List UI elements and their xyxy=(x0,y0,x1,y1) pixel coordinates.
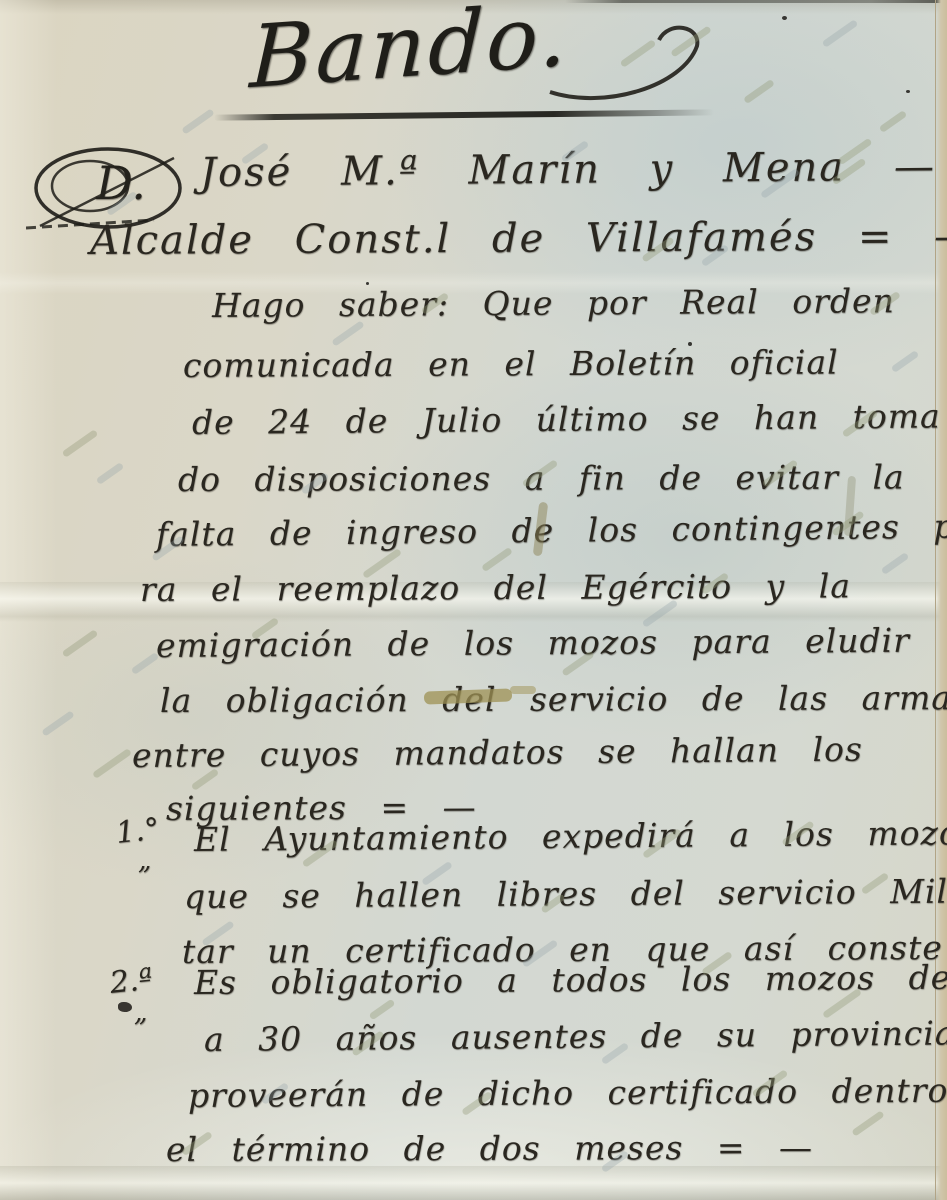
manuscript-line: falta de ingreso de los contingentes pa xyxy=(156,506,947,554)
manuscript-line: que se hallen libres del servicio Mili xyxy=(184,872,947,916)
manuscript-line: el término de dos meses = — xyxy=(166,1128,813,1169)
article-number: 1.° xyxy=(114,812,161,851)
manuscript-heading-line: Alcalde Const.l de Villafamés = — xyxy=(90,213,947,264)
manuscript-heading-line: José M.ª Marín y Mena — xyxy=(200,144,936,196)
manuscript-line: comunicada en el Boletín oficial xyxy=(183,343,839,385)
manuscript-line: El Ayuntamiento expedirá a los mozos xyxy=(194,813,947,859)
manuscript-line: do disposiciones a fin de evitar la xyxy=(178,457,905,499)
scan-edge-shadow xyxy=(565,0,947,3)
manuscript-line: a 30 años ausentes de su provincia, xyxy=(204,1013,947,1059)
manuscript-line: proveerán de dicho certificado dentro xyxy=(188,1071,947,1115)
manuscript-line: Hago saber: Que por Real orden xyxy=(212,281,895,325)
manuscript-line: de 24 de Julio último se han toma xyxy=(192,396,941,442)
ditto-mark: „ xyxy=(134,998,147,1028)
initial-letter: D. xyxy=(96,156,146,210)
manuscript-line: la obligación del servicio de las armas, xyxy=(160,678,947,720)
ditto-mark: „ xyxy=(138,846,151,876)
manuscript-line: emigración de los mozos para eludir xyxy=(156,621,910,665)
scanned-document: { "document": { "title": "Bando.", "init… xyxy=(0,0,947,1200)
manuscript-line: ra el reemplazo del Egército y la xyxy=(140,566,851,609)
manuscript-line: Es obligatorio a todos los mozos de 20 xyxy=(194,957,947,1002)
manuscript-line: entre cuyos mandatos se hallan los xyxy=(132,730,863,775)
article-number: 2.ª xyxy=(108,962,154,1001)
